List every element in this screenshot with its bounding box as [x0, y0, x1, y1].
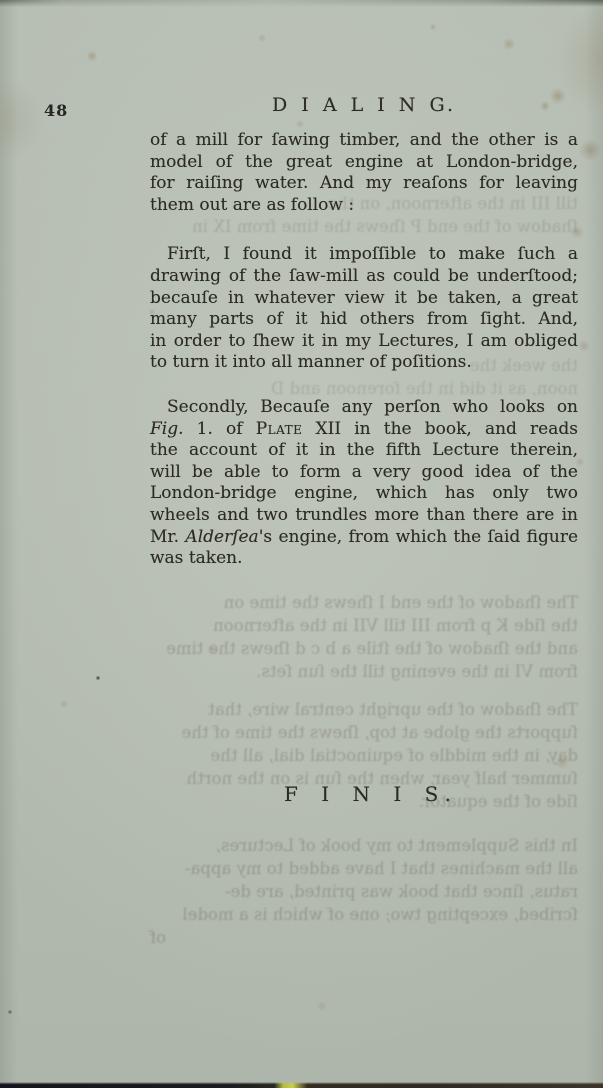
bleedthrough-line: of [150, 926, 578, 949]
bleedthrough-line: from VI in the evening till the ſun ſets… [150, 660, 578, 683]
text-line: will be able to form a very good idea of… [150, 462, 578, 484]
page-number: 48 [44, 101, 68, 120]
bleedthrough-line: ratus, ſince that book was printed, are … [150, 880, 578, 903]
bleedthrough-line: In this Supplement to my book of Lecture… [150, 834, 578, 857]
text-line: Firſt, I found it impoſſible to make ſuc… [150, 244, 578, 266]
scan-top-edge [0, 0, 603, 7]
bleedthrough-text-block: In this Supplement to my book of Lecture… [150, 834, 578, 949]
bleedthrough-line: The ſhadow of the upright central wire, … [150, 698, 578, 721]
text-line: to turn it into all manner of poſitions. [150, 352, 578, 374]
finis-colophon: F I N I S. [284, 782, 458, 806]
running-header: D I A L I N G. [150, 94, 578, 116]
paragraph: Secondly, Becauſe any perſon who looks o… [150, 397, 578, 570]
text-line: Secondly, Becauſe any perſon who looks o… [150, 397, 578, 419]
bleedthrough-line: The ſhadow of the end I ſhews the time o… [150, 591, 578, 614]
bleedthrough-text-block: The ſhadow of the end I ſhews the time o… [150, 591, 578, 683]
body-text: of a mill for ſawing timber, and the oth… [150, 130, 578, 570]
text-line: Fig. 1. of Plate XII in the book, and re… [150, 419, 578, 441]
scan-bottom-edge [0, 1082, 603, 1088]
bleedthrough-line: day, in the middle of equinoctial dial, … [150, 744, 578, 767]
scanned-page: 48 D I A L I N G. of a mill for ſawing t… [0, 0, 603, 1088]
text-line: of a mill for ſawing timber, and the oth… [150, 130, 578, 152]
bleedthrough-line: ſupports the globe at top, ſhews the tim… [150, 721, 578, 744]
text-line: wheels and two trundles more than there … [150, 505, 578, 527]
text-line: many parts of it hid others from ſight. … [150, 309, 578, 331]
paragraph: Firſt, I found it impoſſible to make ſuc… [150, 244, 578, 374]
bleedthrough-line: and the ſhadow of the ſtile a b c d ſhew… [150, 637, 578, 660]
text-line: drawing of the ſaw-mill as could be unde… [150, 266, 578, 288]
bleedthrough-line: ſcribed, excepting two; one of which is … [150, 903, 578, 926]
text-line: Mr. Alderſea's engine, from which the ſa… [150, 527, 578, 549]
text-line: model of the great engine at London-brid… [150, 152, 578, 174]
text-line: in order to ſhew it in my Lectures, I am… [150, 331, 578, 353]
text-line: them out are as follow : [150, 195, 578, 217]
paragraph: of a mill for ſawing timber, and the oth… [150, 130, 578, 216]
bleedthrough-line: the ſide K p from III till VII in the af… [150, 614, 578, 637]
text-line: for raiſing water. And my reaſons for le… [150, 173, 578, 195]
bleedthrough-line: all the machines that I have added to my… [150, 857, 578, 880]
text-line: London-bridge engine, which has only two [150, 483, 578, 505]
text-line: becauſe in whatever view it be taken, a … [150, 288, 578, 310]
text-line: the account of it in the fifth Lecture t… [150, 440, 578, 462]
text-line: was taken. [150, 548, 578, 570]
